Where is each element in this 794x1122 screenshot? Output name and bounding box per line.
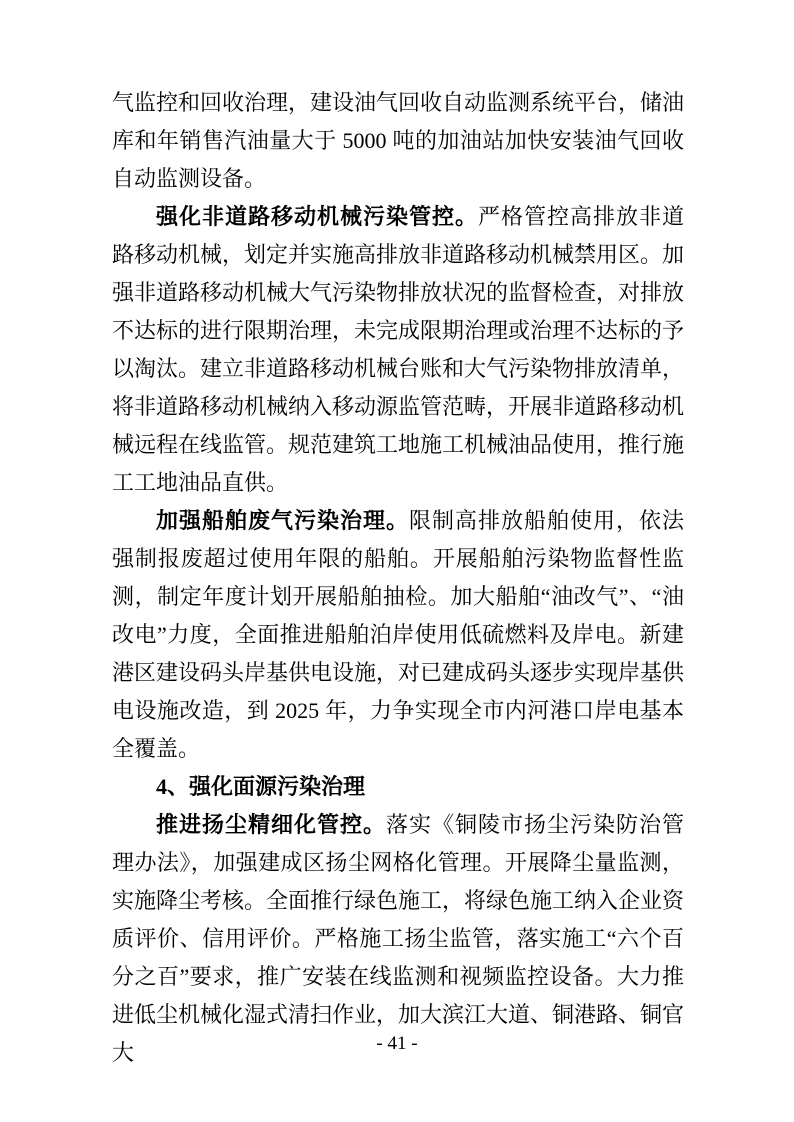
paragraph-bold-lead: 加强船舶废气污染治理。 (156, 508, 409, 533)
page-number: - 41 - (376, 1033, 417, 1054)
section-heading-area-source-pollution: 4、强化面源污染治理 (112, 768, 684, 806)
paragraph-nonroad-machinery: 强化非道路移动机械污染管控。严格管控高排放非道路移动机械，划定并实施高排放非道路… (112, 198, 684, 502)
paragraph-oil-vapor-recovery: 气监控和回收治理，建设油气回收自动监测系统平台，储油库和年销售汽油量大于 500… (112, 84, 684, 198)
page-footer: - 41 - (0, 1032, 794, 1056)
paragraph-bold-lead: 强化非道路移动机械污染管控。 (156, 204, 478, 229)
paragraph-text: 严格管控高排放非道路移动机械，划定并实施高排放非道路移动机械禁用区。加强非道路移… (112, 204, 684, 495)
paragraph-text: 气监控和回收治理，建设油气回收自动监测系统平台，储油库和年销售汽油量大于 500… (112, 90, 684, 191)
paragraph-text: 限制高排放船舶使用，依法强制报废超过使用年限的船舶。开展船舶污染物监督性监测，制… (112, 508, 684, 761)
paragraph-ship-exhaust: 加强船舶废气污染治理。限制高排放船舶使用，依法强制报废超过使用年限的船舶。开展船… (112, 502, 684, 768)
paragraph-text: 落实《铜陵市扬尘污染防治管理办法》，加强建成区扬尘网格化管理。开展降尘量监测，实… (112, 812, 684, 1065)
document-body: 气监控和回收治理，建设油气回收自动监测系统平台，储油库和年销售汽油量大于 500… (112, 84, 684, 1072)
document-page: 气监控和回收治理，建设油气回收自动监测系统平台，储油库和年销售汽油量大于 500… (0, 0, 794, 1122)
section-heading-text: 4、强化面源污染治理 (156, 774, 365, 799)
paragraph-bold-lead: 推进扬尘精细化管控。 (156, 812, 386, 837)
